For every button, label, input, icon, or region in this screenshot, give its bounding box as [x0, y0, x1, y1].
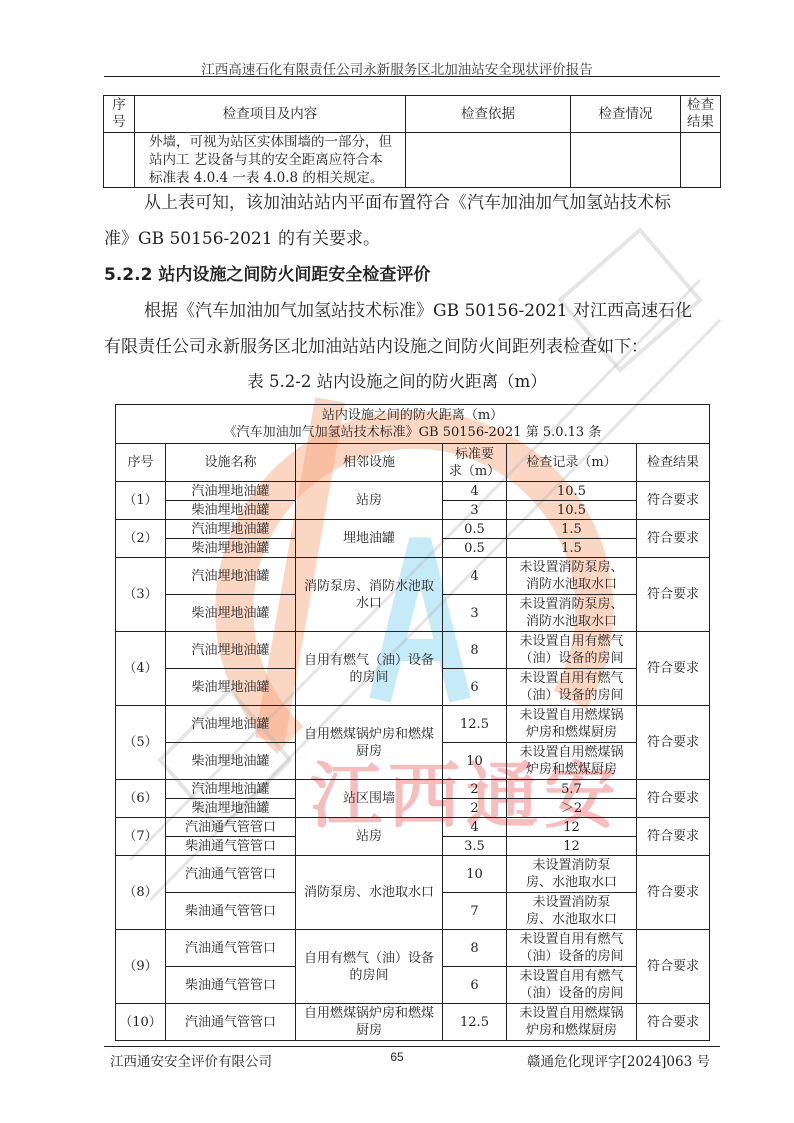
cell-standard: 3.5: [443, 837, 507, 856]
cell-record: 未设置消防泵房、消防水池取水口: [507, 595, 637, 632]
cell-adjacent: 站区围墙: [296, 780, 443, 818]
table-row: （4） 汽油埋地油罐 自用有燃气（油）设备的房间 8 未设置自用有燃气（油）设备…: [116, 632, 710, 669]
footer-doc-number: 赣通危化现评字[2024]063 号: [527, 1050, 710, 1070]
cell-seq: （9）: [116, 930, 166, 1004]
cell-adjacent: 自用有燃气（油）设备的房间: [296, 632, 443, 706]
cell-seq: （7）: [116, 818, 166, 856]
cell-seq: （6）: [116, 780, 166, 818]
cell-facility: 汽油埋地油罐: [166, 632, 296, 669]
table-header-row: 序号 检查项目及内容 检查依据 检查情况 检查结果: [104, 96, 721, 133]
cell-record: 未设置自用燃煤锅炉房和燃煤厨房: [507, 706, 637, 743]
cell-standard: 4: [443, 558, 507, 595]
cell-facility: 汽油通气管管口: [166, 930, 296, 967]
cell-facility: 汽油通气管管口: [166, 1004, 296, 1041]
cell-content: 外墙，可视为站区实体围墙的一部分，但 站内工 艺设备与其的安全距离应符合本 标准…: [135, 133, 406, 188]
cell-standard: 10: [443, 856, 507, 893]
section-heading: 5.2.2 站内设施之间防火间距安全检查评价: [104, 257, 430, 293]
inspection-table-continued: 序号 检查项目及内容 检查依据 检查情况 检查结果 外墙，可视为站区实体围墙的一…: [103, 95, 721, 188]
header-divider: [104, 76, 720, 77]
cell-standard: 10: [443, 743, 507, 780]
cell-facility: 汽油通气管管口: [166, 856, 296, 893]
header-record: 检查记录（m）: [507, 444, 637, 482]
cell-standard: 12.5: [443, 706, 507, 743]
footer-divider: [104, 1046, 720, 1047]
cell-record: 未设置自用有燃气（油）设备的房间: [507, 930, 637, 967]
header-result: 检查结果: [681, 96, 721, 133]
table-row: （10） 汽油通气管管口 自用燃煤锅炉房和燃煤厨房 12.5 未设置自用燃煤锅炉…: [116, 1004, 710, 1041]
cell-result: 符合要求: [637, 1004, 710, 1041]
cell-seq: （4）: [116, 632, 166, 706]
cell-standard: 0.5: [443, 539, 507, 558]
header-seq: 序号: [116, 444, 166, 482]
paragraph-intro-line1: 根据《汽车加油加气加氢站技术标准》GB 50156-2021 对江西高速石化: [144, 293, 692, 329]
table-row: 外墙，可视为站区实体围墙的一部分，但 站内工 艺设备与其的安全距离应符合本 标准…: [104, 133, 721, 188]
cell-adjacent: 消防泵房、消防水池取水口: [296, 558, 443, 632]
cell-adjacent: 消防泵房、水池取水口: [296, 856, 443, 930]
cell-standard: 3: [443, 595, 507, 632]
cell-result: 符合要求: [637, 558, 710, 632]
cell-record: 10.5: [507, 501, 637, 520]
cell-standard: 0.5: [443, 520, 507, 539]
cell-basis: [406, 133, 571, 188]
fire-distance-table: 站内设施之间的防火距离（m）《汽车加油加气加氢站技术标准》GB 50156-20…: [115, 404, 710, 1041]
cell-standard: 6: [443, 669, 507, 706]
cell-adjacent: 自用燃煤锅炉房和燃煤厨房: [296, 706, 443, 780]
cell-record: 未设置自用燃煤锅炉房和燃煤厨房: [507, 1004, 637, 1041]
cell-facility: 柴油埋地油罐: [166, 743, 296, 780]
cell-facility: 汽油埋地油罐: [166, 482, 296, 501]
cell-standard: 6: [443, 967, 507, 1004]
cell-record: 未设置自用有燃气（油）设备的房间: [507, 669, 637, 706]
table-title-row: 站内设施之间的防火距离（m）《汽车加油加气加氢站技术标准》GB 50156-20…: [116, 405, 710, 444]
cell-adjacent: 站房: [296, 482, 443, 520]
cell-seq: （5）: [116, 706, 166, 780]
cell-facility: 柴油埋地油罐: [166, 539, 296, 558]
cell-result: 符合要求: [637, 930, 710, 1004]
cell-facility: 汽油埋地油罐: [166, 706, 296, 743]
paragraph-conclusion-line1: 从上表可知，该加油站站内平面布置符合《汽车加油加气加氢站技术标: [144, 185, 671, 221]
table-row: （5） 汽油埋地油罐 自用燃煤锅炉房和燃煤厨房 12.5 未设置自用燃煤锅炉房和…: [116, 706, 710, 743]
header-basis: 检查依据: [406, 96, 571, 133]
cell-facility: 柴油通气管管口: [166, 837, 296, 856]
cell-seq: （1）: [116, 482, 166, 520]
cell-standard: 4: [443, 482, 507, 501]
cell-record: 12: [507, 818, 637, 837]
cell-adjacent: 站房: [296, 818, 443, 856]
cell-standard: 7: [443, 893, 507, 930]
cell-facility: 汽油埋地油罐: [166, 558, 296, 595]
cell-adjacent: 自用有燃气（油）设备的房间: [296, 930, 443, 1004]
header-facility: 设施名称: [166, 444, 296, 482]
cell-record: 未设置自用有燃气（油）设备的房间: [507, 632, 637, 669]
table-caption: 表 5.2-2 站内设施之间的防火距离（m）: [0, 365, 794, 399]
cell-adjacent: 埋地油罐: [296, 520, 443, 558]
cell-facility: 汽油埋地油罐: [166, 520, 296, 539]
cell-standard: 12.5: [443, 1004, 507, 1041]
cell-result: [681, 133, 721, 188]
table-row: （7） 汽油通气管管口 站房 4 12 符合要求: [116, 818, 710, 837]
cell-seq: （8）: [116, 856, 166, 930]
paragraph-conclusion-line2: 准》GB 50156-2021 的有关要求。: [104, 221, 380, 257]
header-standard: 标准要求（m）: [443, 444, 507, 482]
paragraph-intro-line2: 有限责任公司永新服务区北加油站站内设施之间防火间距列表检查如下：: [104, 329, 648, 365]
table-header-row: 序号 设施名称 相邻设施 标准要求（m） 检查记录（m） 检查结果: [116, 444, 710, 482]
header-item: 检查项目及内容: [135, 96, 406, 133]
page-header-title: 江西高速石化有限责任公司永新服务区北加油站安全现状评价报告: [0, 58, 794, 78]
cell-record: 12: [507, 837, 637, 856]
cell-record: 10.5: [507, 482, 637, 501]
table-row: （9） 汽油通气管管口 自用有燃气（油）设备的房间 8 未设置自用有燃气（油）设…: [116, 930, 710, 967]
cell-result: 符合要求: [637, 818, 710, 856]
cell-facility: 柴油埋地油罐: [166, 595, 296, 632]
cell-facility: 柴油埋地油罐: [166, 501, 296, 520]
table-row: （3） 汽油埋地油罐 消防泵房、消防水池取水口 4 未设置消防泵房、消防水池取水…: [116, 558, 710, 595]
cell-record: 未设置消防泵房、水池取水口: [507, 893, 637, 930]
cell-result: 符合要求: [637, 520, 710, 558]
cell-facility: 汽油埋地油罐: [166, 780, 296, 799]
table-title: 站内设施之间的防火距离（m）《汽车加油加气加氢站技术标准》GB 50156-20…: [116, 405, 710, 444]
cell-facility: 柴油埋地油罐: [166, 799, 296, 818]
cell-record: 未设置消防泵房、消防水池取水口: [507, 558, 637, 595]
table-row: （2） 汽油埋地油罐 埋地油罐 0.5 1.5 符合要求: [116, 520, 710, 539]
table-row: （6） 汽油埋地油罐 站区围墙 2 5.7 符合要求: [116, 780, 710, 799]
cell-result: 符合要求: [637, 856, 710, 930]
cell-seq: （10）: [116, 1004, 166, 1041]
cell-facility: 汽油通气管管口: [166, 818, 296, 837]
header-seq: 序号: [104, 96, 135, 133]
cell-seq: [104, 133, 135, 188]
cell-result: 符合要求: [637, 482, 710, 520]
header-result: 检查结果: [637, 444, 710, 482]
cell-standard: 2: [443, 780, 507, 799]
cell-facility: 柴油通气管管口: [166, 893, 296, 930]
header-situation: 检查情况: [571, 96, 681, 133]
header-adjacent: 相邻设施: [296, 444, 443, 482]
cell-result: 符合要求: [637, 780, 710, 818]
cell-result: 符合要求: [637, 706, 710, 780]
cell-record: 未设置消防泵房、水池取水口: [507, 856, 637, 893]
table-row: （8） 汽油通气管管口 消防泵房、水池取水口 10 未设置消防泵房、水池取水口 …: [116, 856, 710, 893]
cell-record: 1.5: [507, 520, 637, 539]
cell-seq: （3）: [116, 558, 166, 632]
table-row: （1） 汽油埋地油罐 站房 4 10.5 符合要求: [116, 482, 710, 501]
cell-record: 5.7: [507, 780, 637, 799]
cell-seq: （2）: [116, 520, 166, 558]
cell-standard: 3: [443, 501, 507, 520]
cell-facility: 柴油通气管管口: [166, 967, 296, 1004]
cell-standard: 8: [443, 632, 507, 669]
cell-facility: 柴油埋地油罐: [166, 669, 296, 706]
cell-result: 符合要求: [637, 632, 710, 706]
cell-record: ＞2: [507, 799, 637, 818]
cell-record: 未设置自用燃煤锅炉房和燃煤厨房: [507, 743, 637, 780]
cell-standard: 2: [443, 799, 507, 818]
cell-situation: [571, 133, 681, 188]
cell-adjacent: 自用燃煤锅炉房和燃煤厨房: [296, 1004, 443, 1041]
cell-standard: 8: [443, 930, 507, 967]
cell-record: 1.5: [507, 539, 637, 558]
cell-record: 未设置自用有燃气（油）设备的房间: [507, 967, 637, 1004]
cell-standard: 4: [443, 818, 507, 837]
